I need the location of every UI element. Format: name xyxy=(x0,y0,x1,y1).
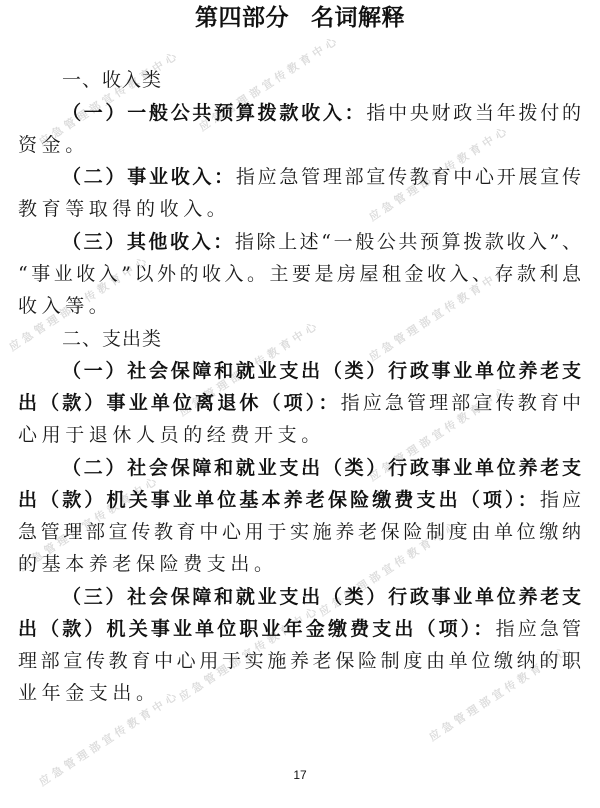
definition: 指中央财政当年拨付的 xyxy=(366,102,581,124)
definition: “事业收入”以外的收入。主要是房屋租金收入、存款利息 xyxy=(18,263,581,285)
expense-item-3-line-1: （三）社会保障和就业支出（类）行政事业单位养老支 xyxy=(62,581,581,613)
definition: 教育等取得的收入。 xyxy=(18,198,230,220)
definition: 业年金支出。 xyxy=(18,682,160,704)
title-part-number: 第四部分 xyxy=(195,5,289,31)
term: 出（款）机关事业单位基本养老保险缴费支出（项）： xyxy=(18,489,540,511)
definition: 收入等。 xyxy=(18,295,112,317)
definition: 指除上述“一般公共预算拨款收入”、 xyxy=(235,231,581,253)
definition: 的基本养老保险费支出。 xyxy=(18,553,278,575)
page-number: 17 xyxy=(0,768,600,782)
expense-item-2-line-3: 急管理部宣传教育中心用于实施养老保险制度由单位缴纳 xyxy=(18,516,581,548)
expense-item-3-line-2: 出（款）机关事业单位职业年金缴费支出（项）：指应急管 xyxy=(18,613,581,645)
income-item-3-line-3: 收入等。 xyxy=(18,290,581,322)
expense-item-1-line-1: （一）社会保障和就业支出（类）行政事业单位养老支 xyxy=(62,355,581,387)
term: （二）事业收入： xyxy=(62,166,236,188)
definition: 指应急管理部宣传教育中 xyxy=(341,392,581,414)
definition: 理部宣传教育中心用于实施养老保险制度由单位缴纳的职 xyxy=(18,650,581,672)
expense-item-2-line-2: 出（款）机关事业单位基本养老保险缴费支出（项）：指应 xyxy=(18,484,581,516)
term: （一）社会保障和就业支出（类）行政事业单位养老支 xyxy=(62,360,581,382)
term: 出（款）事业单位离退休（项）： xyxy=(18,392,341,414)
definition: 指应急管 xyxy=(496,618,581,640)
expense-item-2-line-4: 的基本养老保险费支出。 xyxy=(18,548,581,580)
term: （二）社会保障和就业支出（类）行政事业单位养老支 xyxy=(62,457,581,479)
term: 出（款）机关事业单位职业年金缴费支出（项）： xyxy=(18,618,496,640)
definition: 指应 xyxy=(540,489,581,511)
title-part-name: 名词解释 xyxy=(311,5,405,31)
term: （一）一般公共预算拨款收入： xyxy=(62,102,366,124)
expense-item-3-line-4: 业年金支出。 xyxy=(18,677,581,709)
page-title: 第四部分名词解释 xyxy=(0,2,600,34)
document-page: 应急管理部宣传教育中心 应急管理部宣传教育中心 应急管理部宣传教育中心 应急管理… xyxy=(0,0,600,808)
section-heading-income: 一、收入类 xyxy=(62,64,600,96)
definition: 指应急管理部宣传教育中心开展宣传 xyxy=(236,166,581,188)
expense-item-1-line-2: 出（款）事业单位离退休（项）：指应急管理部宣传教育中 xyxy=(18,387,581,419)
income-item-2-line-1: （二）事业收入：指应急管理部宣传教育中心开展宣传 xyxy=(62,161,581,193)
definition: 急管理部宣传教育中心用于实施养老保险制度由单位缴纳 xyxy=(18,521,581,543)
definition: 资金。 xyxy=(18,134,89,156)
income-item-3-line-1: （三）其他收入：指除上述“一般公共预算拨款收入”、 xyxy=(62,226,581,258)
income-item-2-line-2: 教育等取得的收入。 xyxy=(18,193,581,225)
income-item-3-line-2: “事业收入”以外的收入。主要是房屋租金收入、存款利息 xyxy=(18,258,581,290)
income-item-1-line-1: （一）一般公共预算拨款收入：指中央财政当年拨付的 xyxy=(62,97,581,129)
expense-item-2-line-1: （二）社会保障和就业支出（类）行政事业单位养老支 xyxy=(62,452,581,484)
expense-item-3-line-3: 理部宣传教育中心用于实施养老保险制度由单位缴纳的职 xyxy=(18,645,581,677)
section-heading-expenditure: 二、支出类 xyxy=(62,323,600,355)
income-item-1-line-2: 资金。 xyxy=(18,129,581,161)
term: （三）其他收入： xyxy=(62,231,235,253)
definition: 心用于退休人员的经费开支。 xyxy=(18,424,325,446)
term: （三）社会保障和就业支出（类）行政事业单位养老支 xyxy=(62,586,581,608)
expense-item-1-line-3: 心用于退休人员的经费开支。 xyxy=(18,419,581,451)
